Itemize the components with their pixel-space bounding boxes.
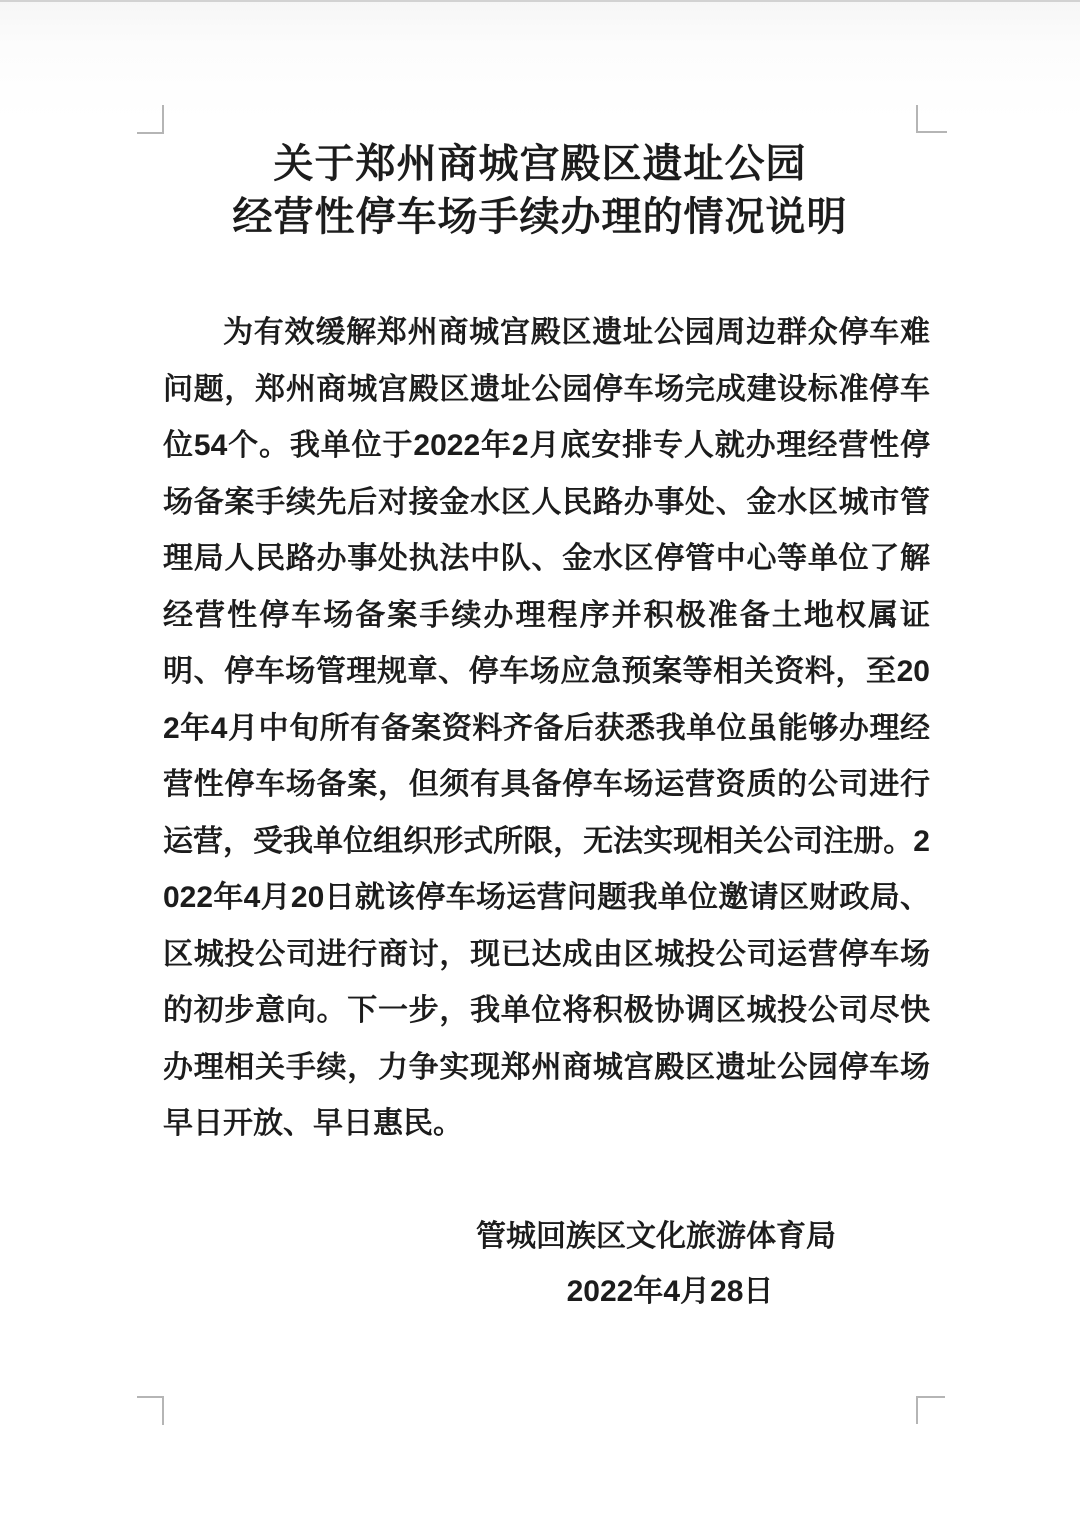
document-page: 关于郑州商城宫殿区遗址公园 经营性停车场手续办理的情况说明 为有效缓解郑州商城宫… xyxy=(0,0,1080,1525)
body-line: 运营，受我单位组织形式所限，无法实现相关公司注册。2 xyxy=(163,814,930,871)
body-line: 022年4月20日就该停车场运营问题我单位邀请区财政局、 xyxy=(163,870,930,927)
body-line: 场备案手续先后对接金水区人民路办事处、金水区城市管 xyxy=(163,475,930,532)
body-line: 为有效缓解郑州商城宫殿区遗址公园周边群众停车难 xyxy=(163,305,930,362)
title-line-1: 关于郑州商城宫殿区遗址公园 xyxy=(0,138,1080,191)
body-line: 经营性停车场备案手续办理程序并积极准备土地权属证 xyxy=(163,588,930,645)
crop-mark-top-left-icon xyxy=(137,105,164,134)
title-line-2: 经营性停车场手续办理的情况说明 xyxy=(0,191,1080,244)
body-line: 早日开放、早日惠民。 xyxy=(163,1096,930,1153)
document-title: 关于郑州商城宫殿区遗址公园 经营性停车场手续办理的情况说明 xyxy=(0,138,1080,244)
crop-mark-bottom-right-icon xyxy=(916,1396,945,1424)
issuer-signature: 管城回族区文化旅游体育局 xyxy=(232,1209,1080,1265)
body-line: 办理相关手续，力争实现郑州商城宫殿区遗址公园停车场 xyxy=(163,1040,930,1097)
body-line: 问题，郑州商城宫殿区遗址公园停车场完成建设标准停车 xyxy=(163,362,930,419)
body-line: 位54个。我单位于2022年2月底安排专人就办理经营性停车 xyxy=(163,418,930,475)
photo-top-edge xyxy=(0,0,1080,2)
crop-mark-top-right-icon xyxy=(916,105,947,133)
body-line: 明、停车场管理规章、停车场应急预案等相关资料，至202 xyxy=(163,644,930,701)
body-line: 区城投公司进行商讨，现已达成由区城投公司运营停车场 xyxy=(163,927,930,984)
body-line: 营性停车场备案，但须有具备停车场运营资质的公司进行 xyxy=(163,757,930,814)
document-body: 为有效缓解郑州商城宫殿区遗址公园周边群众停车难 问题，郑州商城宫殿区遗址公园停车… xyxy=(163,305,930,1153)
signature-date: 2022年4月28日 xyxy=(260,1264,1080,1320)
body-line: 2年4月中旬所有备案资料齐备后获悉我单位虽能够办理经 xyxy=(163,701,930,758)
body-line: 理局人民路办事处执法中队、金水区停管中心等单位了解 xyxy=(163,531,930,588)
crop-mark-bottom-left-icon xyxy=(137,1396,164,1425)
body-line: 的初步意向。下一步，我单位将积极协调区城投公司尽快 xyxy=(163,983,930,1040)
